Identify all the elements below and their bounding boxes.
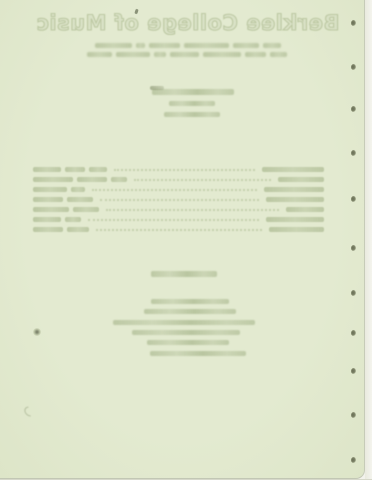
program-row: [33, 195, 324, 204]
program-title-word: [111, 177, 127, 182]
dot-leader: [106, 209, 279, 211]
binding-hole: [350, 412, 356, 419]
bleedthrough-credit-line: [144, 309, 236, 314]
dot-leader: [88, 219, 259, 221]
program-title-word: [33, 177, 73, 182]
program-title-word: [77, 177, 107, 182]
program-name-smudge: [278, 177, 324, 182]
dot-leader: [96, 229, 262, 231]
ink-speck: [33, 328, 41, 336]
ink-speck: [22, 405, 36, 419]
ink-speck: [150, 86, 164, 90]
program-title-word: [65, 217, 81, 222]
program-row: [33, 165, 324, 174]
binding-hole: [350, 368, 356, 375]
bleedthrough-subtitle-line-word: [87, 52, 112, 57]
bleedthrough-credit-line: [113, 320, 255, 325]
program-title-word: [33, 217, 61, 222]
program-title-smudge: [33, 187, 85, 192]
program-title-word: [67, 197, 93, 202]
bleedthrough-title: Berklee College of Music: [36, 11, 340, 35]
bleedthrough-heading-line: [152, 89, 234, 95]
program-title-smudge: [33, 197, 93, 202]
binding-hole: [350, 290, 356, 297]
binding-hole: [350, 64, 356, 71]
bleedthrough-subtitle-line-word: [203, 52, 241, 57]
program-title-word: [71, 187, 85, 192]
scan-edge-right: [365, 0, 372, 480]
program-row: [33, 185, 324, 194]
bleedthrough-subtitle-line-word: [233, 43, 259, 48]
program-name-smudge: [286, 207, 324, 212]
bleedthrough-credit-line: [151, 299, 229, 304]
binding-hole: [350, 457, 356, 464]
program-row: [33, 205, 324, 214]
bleedthrough-subtitle-line-word: [154, 52, 165, 57]
program-row: [33, 225, 324, 234]
bleedthrough-subtitle-line-word: [116, 52, 150, 57]
program-title-word: [33, 227, 63, 232]
bleedthrough-credit-line: [147, 340, 229, 345]
program-title-smudge: [33, 177, 127, 182]
binding-hole: [350, 196, 356, 203]
bleedthrough-subtitle-line-word: [263, 43, 281, 48]
binding-hole: [350, 330, 356, 337]
bleedthrough-subtitle-line: [95, 43, 281, 48]
program-title-word: [89, 167, 107, 172]
bleedthrough-credit-line: [132, 330, 240, 335]
program-name-smudge: [262, 167, 324, 172]
dot-leader: [100, 199, 259, 201]
program-title-smudge: [33, 227, 89, 232]
bleedthrough-subtitle-line-word: [136, 43, 145, 48]
bleedthrough-heading-line: [164, 112, 220, 117]
bleedthrough-subtitle-line-word: [170, 52, 199, 57]
dot-leader: [114, 169, 255, 171]
program-title-smudge: [33, 167, 107, 172]
program-name-smudge: [266, 197, 324, 202]
binding-hole: [350, 245, 356, 252]
bleedthrough-subtitle-line-word: [245, 52, 266, 57]
bleedthrough-heading-line: [169, 101, 215, 106]
binding-hole: [350, 106, 356, 113]
program-row: [33, 215, 324, 224]
program-title-word: [33, 197, 63, 202]
program-title-word: [67, 227, 89, 232]
program-name-smudge: [266, 217, 324, 222]
bleedthrough-subtitle-line-word: [270, 52, 287, 57]
bleedthrough-title-row: Berklee College of Music: [12, 11, 364, 35]
dot-leader: [92, 189, 257, 191]
program-title-word: [33, 187, 67, 192]
scanned-document: Berklee College of Music: [0, 0, 372, 480]
program-title-smudge: [33, 207, 99, 212]
paper-page: Berklee College of Music: [0, 0, 365, 479]
binding-hole: [350, 150, 356, 157]
bleedthrough-credit-line: [150, 351, 246, 356]
program-name-smudge: [269, 227, 324, 232]
program-title-word: [65, 167, 85, 172]
program-title-smudge: [33, 217, 81, 222]
bleedthrough-subtitle-line-word: [95, 43, 132, 48]
bleedthrough-subtitle-line-word: [149, 43, 180, 48]
program-title-word: [33, 207, 69, 212]
program-name-smudge: [264, 187, 324, 192]
dot-leader: [134, 179, 271, 181]
program-row: [33, 175, 324, 184]
program-title-word: [73, 207, 99, 212]
bleedthrough-intermission-line: [151, 271, 217, 277]
bleedthrough-subtitle-line-word: [184, 43, 228, 48]
program-title-word: [33, 167, 61, 172]
bleedthrough-subtitle-line: [87, 52, 287, 57]
